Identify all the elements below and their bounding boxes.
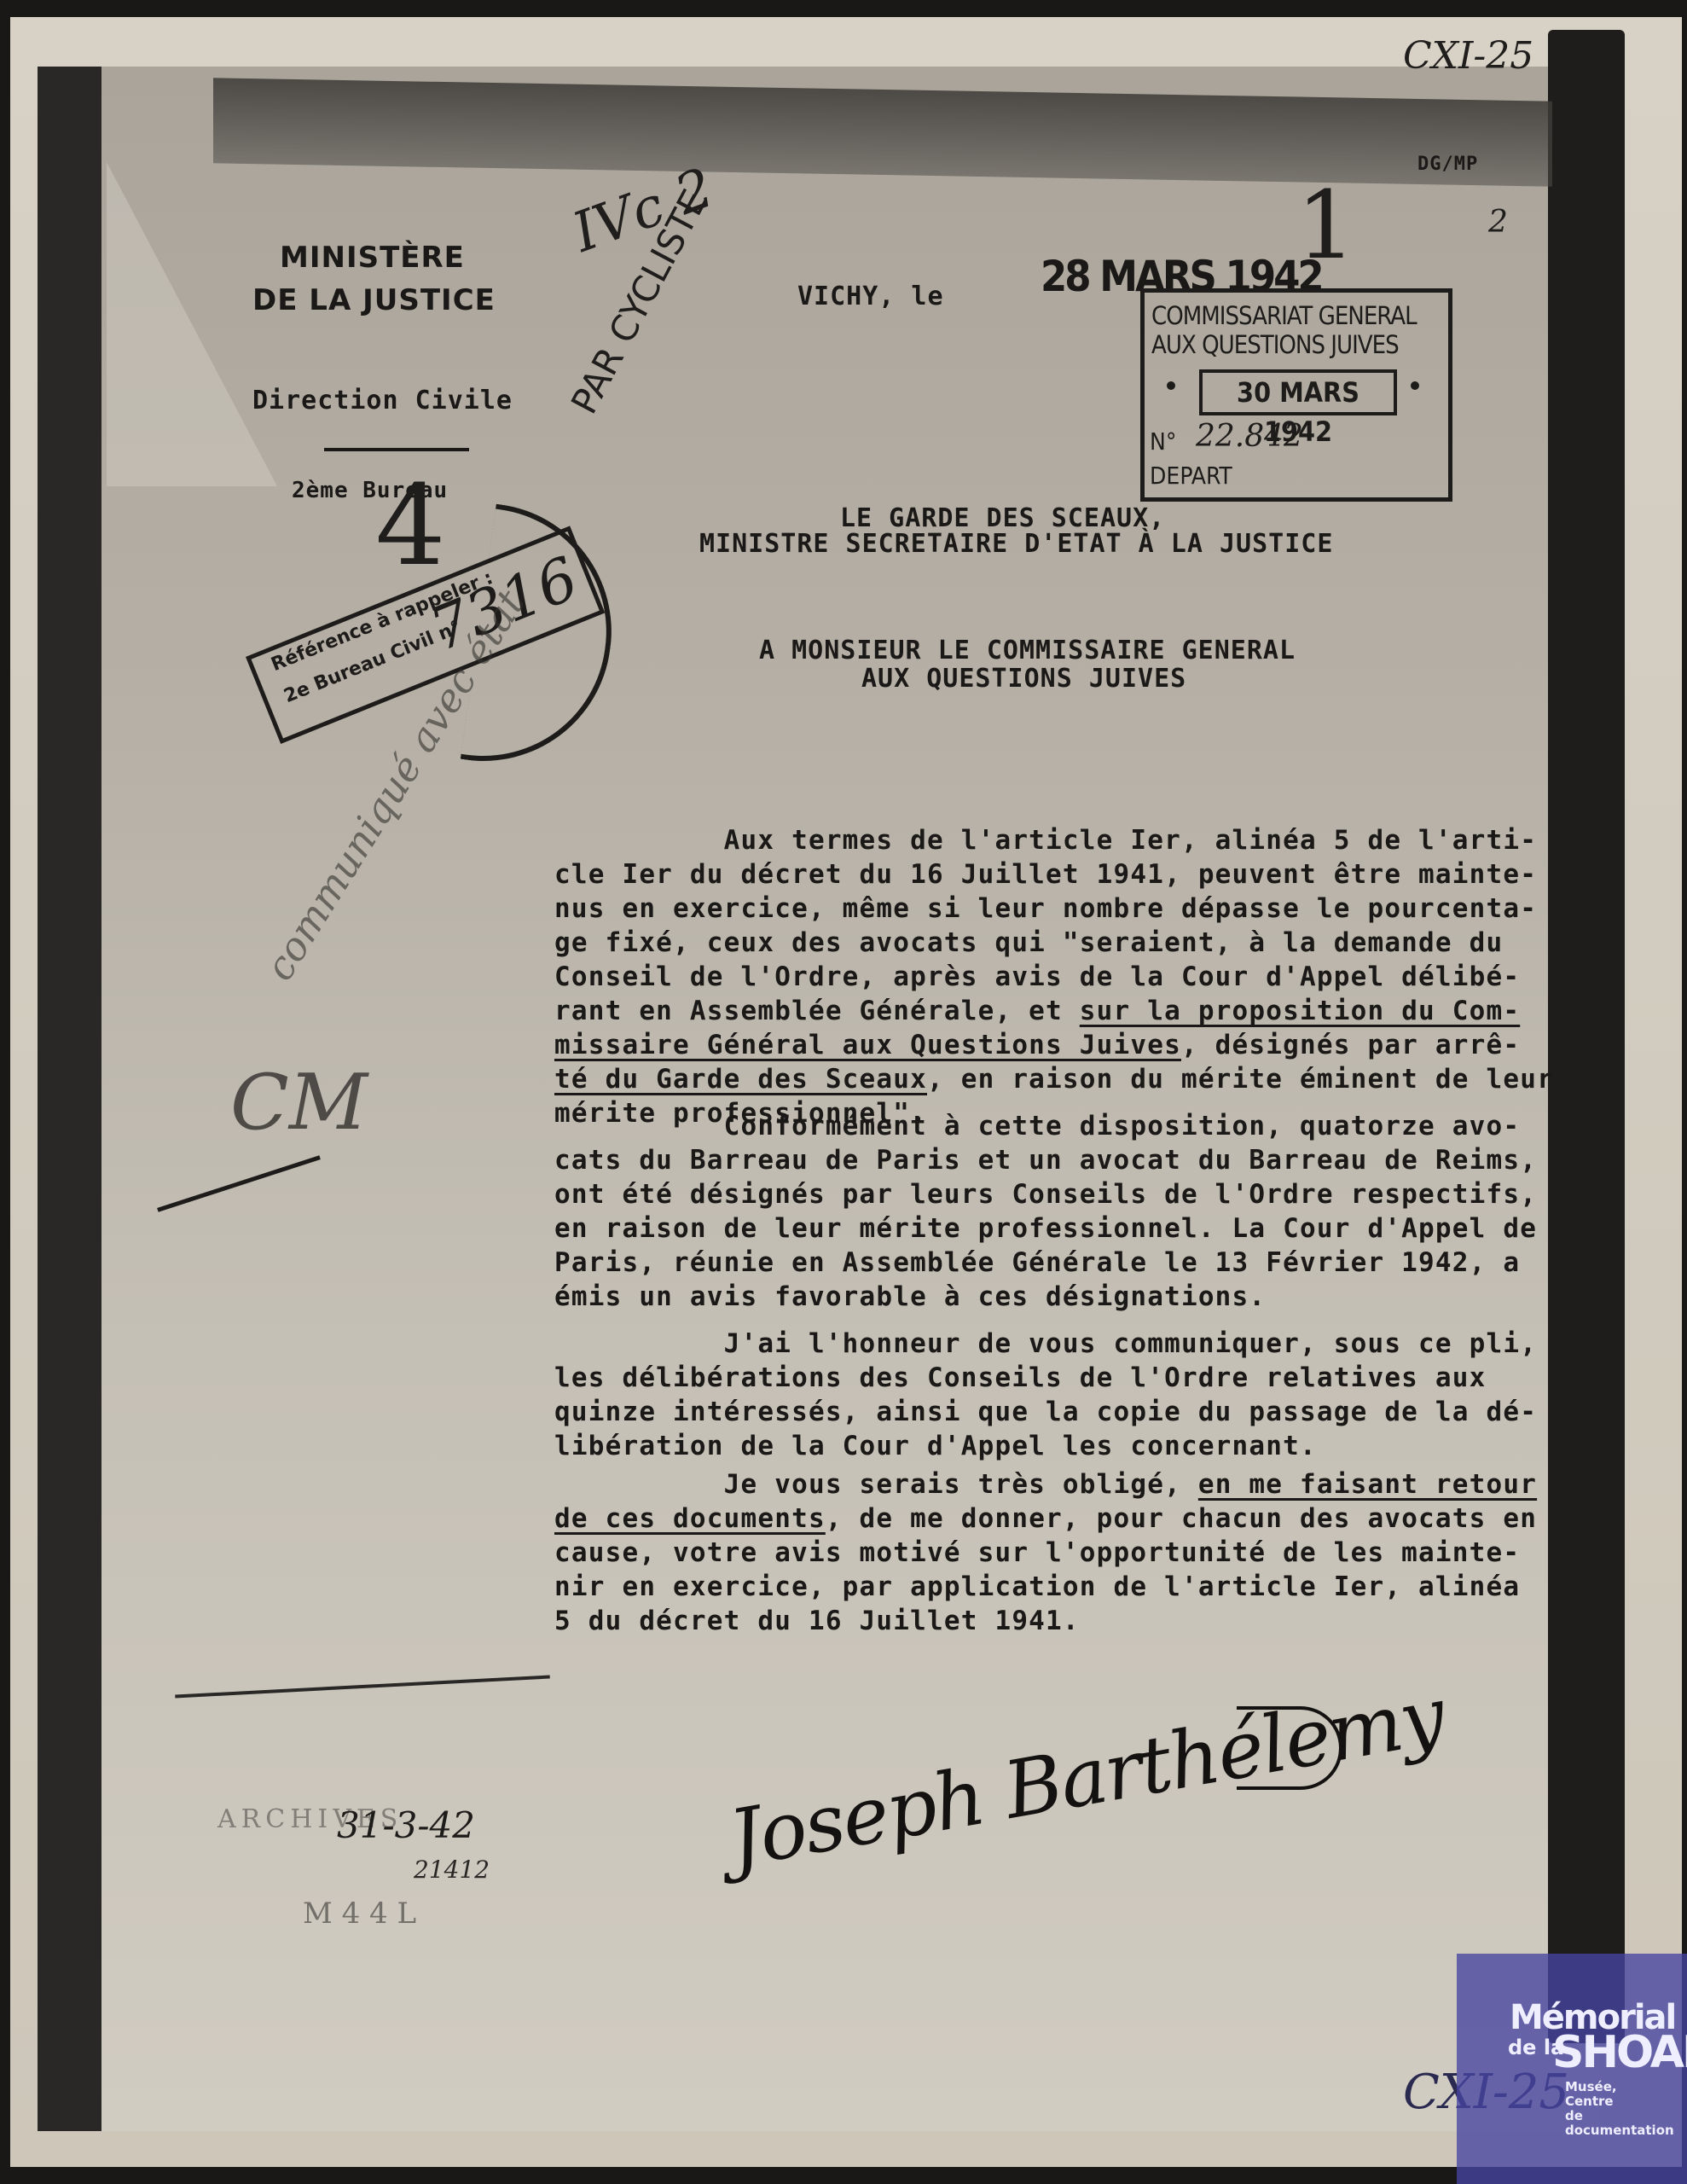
text-line: Paris, réunie en Assemblée Générale le 1… (554, 1246, 1537, 1280)
ministry-line1: MINISTÈRE (280, 241, 465, 275)
logo-subtitle: Musée, Centre de documentation (1565, 2080, 1687, 2138)
sender-line2: MINISTRE SECRETAIRE D'ETAT À LA JUSTICE (699, 529, 1333, 559)
memorial-shoah-watermark: Mémorial de la SHOAH Musée, Centre de do… (1457, 1954, 1687, 2184)
underlined-text: de ces documents (554, 1503, 826, 1534)
text-line: les délibérations des Conseils de l'Ordr… (554, 1361, 1537, 1395)
paragraph-4: Je vous serais très obligé, en me faisan… (554, 1467, 1537, 1638)
archive-ref-top: CXI-25 (1403, 34, 1533, 78)
paragraph-2: Conformément à cette disposition, quator… (554, 1109, 1537, 1314)
text-line: Aux termes de l'article Ier, alinéa 5 de… (554, 823, 1554, 857)
text-line: nus en exercice, même si leur nombre dép… (554, 892, 1554, 926)
text-line: libération de la Cour d'Appel les concer… (554, 1429, 1537, 1463)
text-line: en raison de leur mérite professionnel. … (554, 1211, 1537, 1246)
right-dark-border (1548, 30, 1625, 2043)
archive-date: 31-3-42 (337, 1804, 475, 1846)
archive-code: 21412 (414, 1856, 490, 1884)
text-line: de ces documents, de me donner, pour cha… (554, 1501, 1537, 1536)
paragraph-1: Aux termes de l'article Ier, alinéa 5 de… (554, 823, 1554, 1130)
underlined-text: té du Garde des Sceaux (554, 1064, 927, 1095)
recipient-line2: AUX QUESTIONS JUIVES (861, 664, 1186, 694)
underlined-text: en me faisant retour (1198, 1469, 1537, 1500)
text-line: nir en exercice, par application de l'ar… (554, 1570, 1537, 1604)
text-line: cle Ier du décret du 16 Juillet 1941, pe… (554, 857, 1554, 892)
reception-status: DEPART (1150, 462, 1232, 490)
text-line: 5 du décret du 16 Juillet 1941. (554, 1604, 1537, 1638)
paragraph-3: J'ai l'honneur de vous communiquer, sous… (554, 1327, 1537, 1463)
text-line: Conseil de l'Ordre, après avis de la Cou… (554, 960, 1554, 994)
reception-stamp-date: 30 MARS 1942 (1199, 369, 1397, 415)
direction: Direction Civile (252, 386, 513, 415)
reception-stamp: COMMISSARIAT GENERAL AUX QUESTIONS JUIVE… (1140, 288, 1452, 502)
bullet-icon (1167, 381, 1175, 390)
archive-rule (175, 1675, 550, 1698)
left-dark-border (38, 67, 101, 2131)
text-line: cats du Barreau de Paris et un avocat du… (554, 1143, 1537, 1177)
recipient-line1: A MONSIEUR LE COMMISSAIRE GENERAL (759, 636, 1296, 665)
margin-initials: CM (230, 1058, 368, 1147)
text-line: J'ai l'honneur de vous communiquer, sous… (554, 1327, 1537, 1361)
underlined-text: missaire Général aux Questions Juives (554, 1030, 1181, 1060)
text-line: émis un avis favorable à ces désignation… (554, 1280, 1537, 1314)
reception-number: 22.842 (1196, 419, 1303, 454)
logo-line2-large: SHOAH (1552, 2027, 1687, 2078)
text-line: té du Garde des Sceaux, en raison du mér… (554, 1062, 1554, 1096)
archive-mark: M 4 4 L (303, 1896, 416, 1931)
underlined-text: sur la proposition du Com- (1080, 996, 1520, 1026)
text-line: Je vous serais très obligé, en me faisan… (554, 1467, 1537, 1501)
text-line: missaire Général aux Questions Juives, d… (554, 1028, 1554, 1062)
text-line: ge fixé, ceux des avocats qui "seraient,… (554, 926, 1554, 960)
reception-stamp-line2: AUX QUESTIONS JUIVES (1151, 330, 1399, 359)
top-mark: 1 (1296, 171, 1356, 280)
initials: DG/MP (1417, 154, 1478, 175)
page-number: 2 (1488, 205, 1508, 240)
text-line: Conformément à cette disposition, quator… (554, 1109, 1537, 1143)
ministry-line2: DE LA JUSTICE (252, 283, 496, 317)
text-line: cause, votre avis motivé sur l'opportuni… (554, 1536, 1537, 1570)
bureau-mark: 4 (375, 461, 446, 590)
reception-stamp-line1: COMMISSARIAT GENERAL (1151, 301, 1417, 330)
bullet-icon (1411, 381, 1419, 390)
signature-flourish (1237, 1706, 1342, 1790)
place: VICHY, le (797, 282, 944, 311)
reception-number-label: N° (1150, 427, 1176, 456)
text-line: rant en Assemblée Générale, et sur la pr… (554, 994, 1554, 1028)
text-line: quinze intéressés, ainsi que la copie du… (554, 1395, 1537, 1429)
folded-corner (107, 162, 277, 486)
text-line: ont été désignés par leurs Conseils de l… (554, 1177, 1537, 1211)
divider (324, 448, 469, 451)
archive-stamp: ARCHIVES 31-3-42 21412 M 4 4 L (175, 1676, 533, 2018)
